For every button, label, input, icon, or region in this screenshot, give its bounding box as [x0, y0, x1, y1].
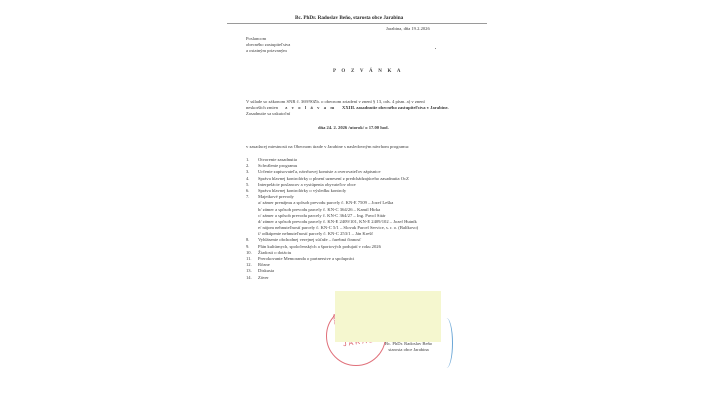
- meeting-location: v zasadacej miestnosti na Obecnom úrade …: [246, 144, 409, 150]
- agenda-list: 1.Otvorenie zasadnutia 2.Schválenie prog…: [246, 157, 418, 281]
- agenda-text: Rôzne: [258, 262, 270, 267]
- signatory-role: starosta obce Jarabina: [385, 347, 432, 353]
- intro-line-3: Zasadnutie sa uskutoční: [246, 111, 290, 117]
- agenda-text: Určenie zapisovateľa, návrhovej komisie …: [258, 169, 380, 174]
- intro-convene: z v o l á v a m: [285, 105, 336, 110]
- agenda-text: Diskusia: [258, 268, 274, 273]
- agenda-num: 13.: [246, 268, 258, 274]
- agenda-num: 4.: [246, 176, 258, 182]
- agenda-text: Žiadosti o dotáciu: [258, 250, 291, 255]
- agenda-num: 11.: [246, 256, 258, 262]
- signature-block: Bc. PhDr. Radoslav Beňo starosta obce Ja…: [385, 341, 432, 353]
- agenda-num: 8.: [246, 237, 258, 243]
- agenda-text: Prerokovanie Memoranda o partnerstve a s…: [258, 256, 354, 261]
- document-title: P O Z V Á N K A: [333, 69, 403, 75]
- agenda-item: 14.Záver: [246, 275, 418, 281]
- meeting-date: dňa 24. 2. 2026 /utorok/ o 17.00 hod.: [318, 125, 389, 131]
- agenda-text: Majetkové prevody: [258, 194, 294, 199]
- agenda-text: Správa hlavnej kontrolórky o plnení uzne…: [258, 176, 409, 181]
- agenda-num: 1.: [246, 157, 258, 163]
- document-page: Bc. PhDr. Radoslav Beňo, starosta obce J…: [0, 0, 720, 420]
- signature-stroke: [440, 318, 453, 368]
- agenda-num: 12.: [246, 262, 258, 268]
- intro-session: XXIII. zasadnutie obecného zastupiteľstv…: [342, 105, 449, 110]
- letterhead-sender: Bc. PhDr. Radoslav Beňo, starosta obce J…: [295, 15, 403, 21]
- agenda-num: 5.: [246, 182, 258, 188]
- agenda-num: 10.: [246, 250, 258, 256]
- agenda-text: Vyhlásenie obchodnej verejnej súťaže – f…: [258, 237, 361, 242]
- agenda-num: 7.: [246, 194, 258, 200]
- place-date: Jarabina, dňa 19.2.2026: [386, 26, 430, 32]
- agenda-text: Plán kultúrnych, spoločenských a športov…: [258, 244, 381, 249]
- intro-prefix: neskorších zmien: [246, 105, 278, 110]
- agenda-num: 3.: [246, 169, 258, 175]
- agenda-text: Interpelácie poslancov a vystúpenia obyv…: [258, 182, 356, 187]
- agenda-text: Záver: [258, 275, 269, 280]
- agenda-text: Správa hlavnej kontrolórky o výsledku ko…: [258, 188, 346, 193]
- agenda-num: 9.: [246, 244, 258, 250]
- redaction-block: [335, 291, 441, 342]
- agenda-num: 14.: [246, 275, 258, 281]
- agenda-num: 2.: [246, 163, 258, 169]
- letterhead-divider: [227, 23, 487, 24]
- recipient-line-3: a ostatným prizvaným: [246, 48, 287, 54]
- agenda-text: Schválenie programu: [258, 163, 297, 168]
- agenda-num: 6.: [246, 188, 258, 194]
- agenda-text: Otvorenie zasadnutia: [258, 157, 297, 162]
- speck: [435, 48, 436, 49]
